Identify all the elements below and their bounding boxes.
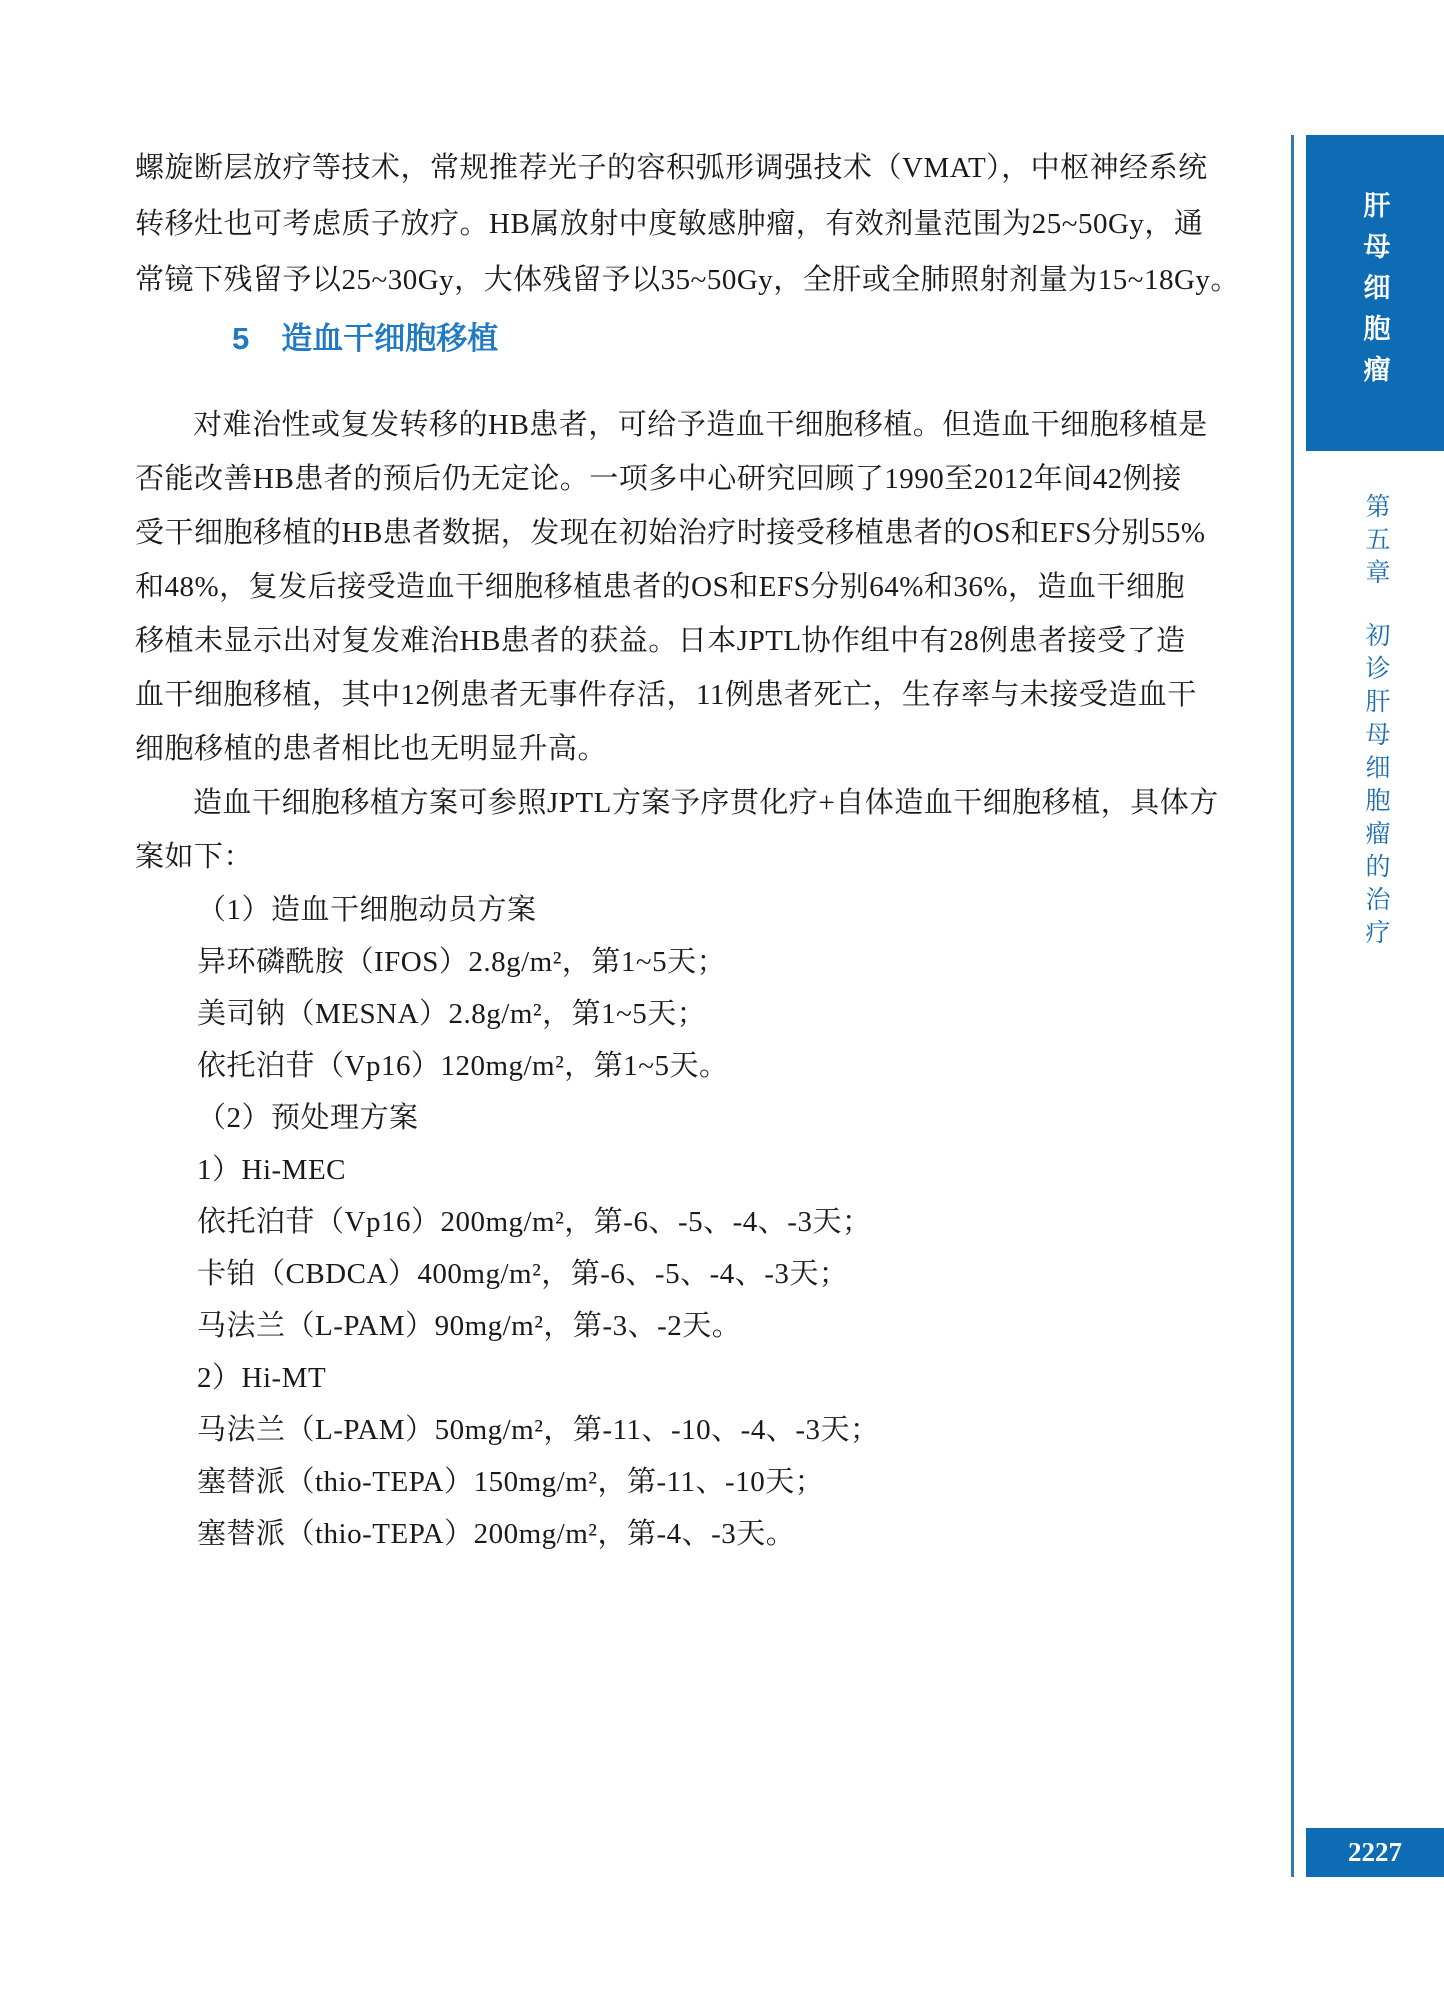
- text-line: 美司钠（MESNA）2.8g/m²，第1~5天；: [197, 988, 1213, 1040]
- sidebar-vertical-rule: [1291, 135, 1294, 1877]
- section-heading: 5造血干细胞移植: [135, 320, 1213, 358]
- paragraph-hsct: 对难治性或复发转移的HB患者，可给予造血干细胞移植。但造血干细胞移植是否能改善H…: [135, 398, 1213, 776]
- text-line: 和48%，复发后接受造血干细胞移植患者的OS和EFS分别64%和36%，造血干细…: [135, 560, 1213, 614]
- text-line: 1）Hi-MEC: [197, 1144, 1213, 1196]
- text-line: 依托泊苷（Vp16）200mg/m²，第-6、-5、-4、-3天；: [197, 1196, 1213, 1248]
- text-line: 依托泊苷（Vp16）120mg/m²，第1~5天。: [197, 1040, 1213, 1092]
- text-line: 移植未显示出对复发难治HB患者的获益。日本JPTL协作组中有28例患者接受了造: [135, 614, 1213, 668]
- paragraph-protocol-intro: 造血干细胞移植方案可参照JPTL方案予序贯化疗+自体造血干细胞移植，具体方案如下…: [135, 776, 1213, 884]
- main-text-column: 螺旋断层放疗等技术，常规推荐光子的容积弧形调强技术（VMAT），中枢神经系统转移…: [135, 140, 1213, 1560]
- text-line: 转移灶也可考虑质子放疗。HB属放射中度敏感肿瘤，有效剂量范围为25~50Gy，通: [135, 196, 1213, 252]
- page-number-badge: 2227: [1306, 1828, 1444, 1877]
- text-line: 造血干细胞移植方案可参照JPTL方案予序贯化疗+自体造血干细胞移植，具体方: [135, 776, 1213, 830]
- text-line: 塞替派（thio-TEPA）200mg/m²，第-4、-3天。: [197, 1508, 1213, 1560]
- text-line: 受干细胞移植的HB患者数据，发现在初始治疗时接受移植患者的OS和EFS分别55%: [135, 506, 1213, 560]
- text-line: 塞替派（thio-TEPA）150mg/m²，第-11、-10天；: [197, 1456, 1213, 1508]
- text-line: 螺旋断层放疗等技术，常规推荐光子的容积弧形调强技术（VMAT），中枢神经系统: [135, 140, 1213, 196]
- document-page: 螺旋断层放疗等技术，常规推荐光子的容积弧形调强技术（VMAT），中枢神经系统转移…: [0, 0, 1444, 2010]
- text-line: 细胞移植的患者相比也无明显升高。: [135, 722, 1213, 776]
- text-line: 案如下：: [135, 830, 1213, 884]
- paragraph-radiotherapy: 螺旋断层放疗等技术，常规推荐光子的容积弧形调强技术（VMAT），中枢神经系统转移…: [135, 140, 1213, 308]
- chapter-number: 第五章: [1362, 493, 1389, 592]
- text-line: 2）Hi-MT: [197, 1352, 1213, 1404]
- text-line: （1）造血干细胞动员方案: [197, 884, 1213, 936]
- chapter-title-text: 第五章初诊肝母细胞瘤的治疗: [1357, 493, 1393, 1013]
- text-line: 卡铂（CBDCA）400mg/m²，第-6、-5、-4、-3天；: [197, 1248, 1213, 1300]
- text-line: 马法兰（L-PAM）90mg/m²，第-3、-2天。: [197, 1300, 1213, 1352]
- text-line: （2）预处理方案: [197, 1092, 1213, 1144]
- text-line: 常镜下残留予以25~30Gy，大体残留予以35~50Gy，全肝或全肺照射剂量为1…: [135, 252, 1213, 308]
- section-title: 造血干细胞移植: [281, 321, 498, 356]
- text-line: 对难治性或复发转移的HB患者，可给予造血干细胞移植。但造血干细胞移植是: [135, 398, 1213, 452]
- section-number: 5: [232, 321, 249, 356]
- chapter-title-vertical: 第五章初诊肝母细胞瘤的治疗: [1306, 493, 1444, 1013]
- protocol-list: （1）造血干细胞动员方案异环磷酰胺（IFOS）2.8g/m²，第1~5天；美司钠…: [197, 884, 1213, 1560]
- chapter-tab: 肝母细胞瘤: [1306, 135, 1444, 451]
- text-line: 马法兰（L-PAM）50mg/m²，第-11、-10、-4、-3天；: [197, 1404, 1213, 1456]
- page-number: 2227: [1348, 1837, 1402, 1868]
- text-line: 血干细胞移植，其中12例患者无事件存活，11例患者死亡，生存率与未接受造血干: [135, 668, 1213, 722]
- chapter-title: 初诊肝母细胞瘤的治疗: [1362, 622, 1389, 952]
- text-line: 异环磷酰胺（IFOS）2.8g/m²，第1~5天；: [197, 936, 1213, 988]
- text-line: 否能改善HB患者的预后仍无定论。一项多中心研究回顾了1990至2012年间42例…: [135, 452, 1213, 506]
- chapter-tab-title: 肝母细胞瘤: [1356, 191, 1395, 396]
